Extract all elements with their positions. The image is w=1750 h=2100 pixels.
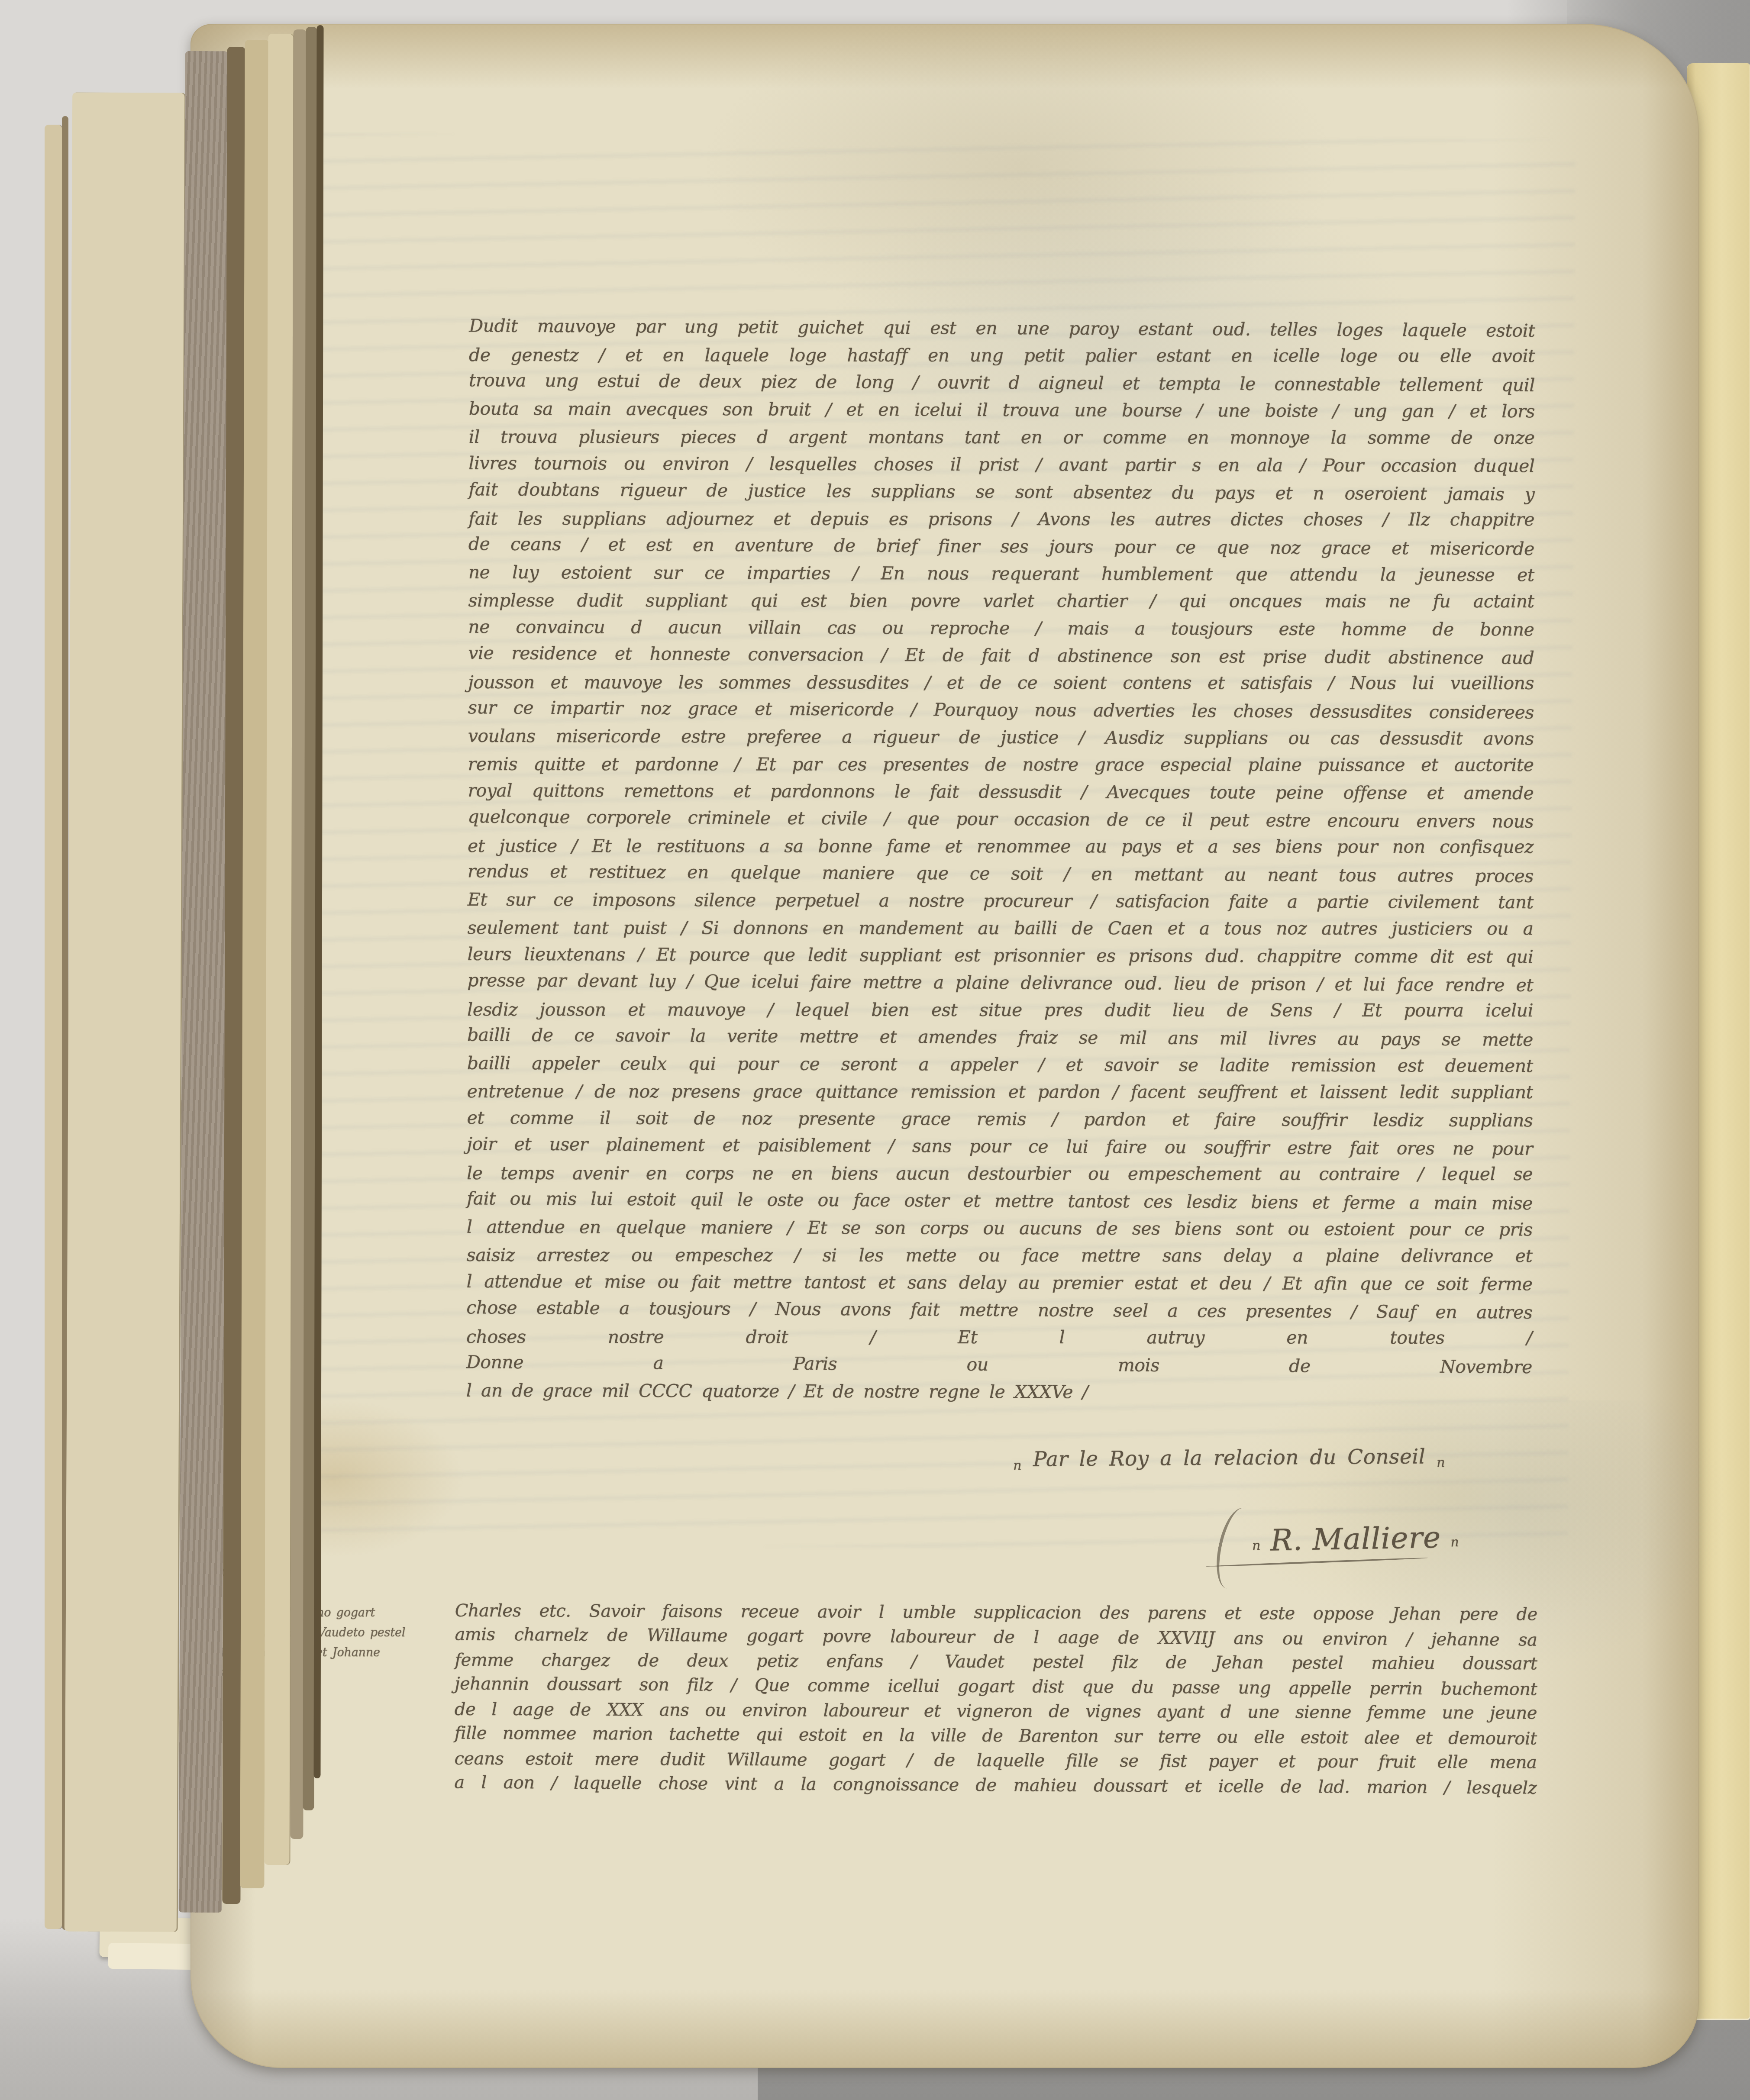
text-line: voulans misericorde estre preferee a rig… bbox=[468, 723, 1534, 752]
text-line: de genestz / et en laquele loge hastaff … bbox=[469, 342, 1535, 370]
text-line: Dudit mauvoye par ung petit guichet qui … bbox=[469, 312, 1535, 345]
text-line: sur ce impartir noz grace et misericorde… bbox=[468, 694, 1534, 726]
leaf-edge bbox=[45, 125, 62, 1929]
text-line: l attendue en quelque maniere / Et se so… bbox=[467, 1213, 1533, 1243]
remission-letter-text: Dudit mauvoye par ung petit guichet qui … bbox=[466, 313, 1535, 1407]
text-line: livres tournois ou environ / lesquelles … bbox=[468, 450, 1534, 480]
text-line: Donne a Paris ou mois de Novembre bbox=[466, 1348, 1532, 1381]
text-line: ne luy estoient sur ce imparties / En no… bbox=[468, 559, 1534, 589]
paraph-mark: n bbox=[1425, 1455, 1445, 1470]
text-line: a l aon / laquelle chose vint a la congn… bbox=[454, 1770, 1537, 1800]
leaf-edge-suede bbox=[178, 51, 228, 1913]
paraph-mark: n bbox=[1013, 1458, 1033, 1473]
text-line: bouta sa main avecques son bruit / et en… bbox=[469, 395, 1535, 425]
by-line-text: Par le Roy a la relacion du Conseil bbox=[1033, 1445, 1426, 1471]
text-line: vie residence et honneste conversacion /… bbox=[468, 639, 1534, 672]
text-line: l an de grace mil CCCC quatorze / Et de … bbox=[466, 1377, 1340, 1406]
text-line: remis quitte et pardonne / Et par ces pr… bbox=[468, 751, 1534, 779]
text-line: joir et user plainement et paisiblement … bbox=[467, 1130, 1533, 1163]
leaf-edge bbox=[265, 34, 294, 1865]
text-line: royal quittons remettons et pardonnons l… bbox=[468, 777, 1534, 807]
text-line: simplesse dudit suppliant qui est bien p… bbox=[468, 587, 1534, 615]
text-line: le temps avenir en corps ne en biens auc… bbox=[467, 1160, 1533, 1188]
page-stack-fore-edges bbox=[0, 0, 346, 2100]
text-line: et comme il soit de noz presente grace r… bbox=[467, 1104, 1533, 1134]
text-line: de ceans / et est en aventure de brief f… bbox=[468, 530, 1534, 563]
text-line: chose estable a tousjours / Nous avons f… bbox=[466, 1294, 1532, 1326]
text-line: l attendue et mise ou fait mettre tantos… bbox=[466, 1268, 1532, 1298]
text-line: entretenue / de noz presens grace quitta… bbox=[467, 1078, 1533, 1106]
paraph-mark: n bbox=[1441, 1534, 1469, 1550]
text-line: seulement tant puist / Si donnons en man… bbox=[468, 914, 1534, 942]
text-line: presse par devant luy / Que icelui faire… bbox=[467, 967, 1533, 999]
chancery-by-line: nPar le Roy a la relacion du Conseiln bbox=[1013, 1442, 1628, 1479]
text-line: fait les supplians adjournez et depuis e… bbox=[468, 505, 1534, 533]
photo-of-manuscript-register: Dudit mauvoye par ung petit guichet qui … bbox=[0, 0, 1750, 2100]
text-line: leurs lieuxtenans / Et pource que ledit … bbox=[467, 941, 1533, 971]
text-line: lesdiz jousson et mauvoye / lequel bien … bbox=[467, 996, 1533, 1024]
text-line: rendus et restituez en quelque maniere q… bbox=[468, 858, 1534, 890]
second-act-text: Charles etc. Savoir faisons receue avoir… bbox=[454, 1599, 1537, 1800]
text-line: trouva ung estui de deux piez de long / … bbox=[469, 367, 1535, 399]
text-line: choses nostre droit / Et l autruy en tou… bbox=[466, 1323, 1532, 1352]
text-line: il trouva plusieurs pieces d argent mont… bbox=[469, 423, 1535, 452]
text-line: fait ou mis lui estoit quil le oste ou f… bbox=[467, 1185, 1533, 1217]
text-line: bailli appeler ceulx qui pour ce seront … bbox=[467, 1050, 1533, 1080]
text-line: ne convaincu d aucun villain cas ou repr… bbox=[468, 613, 1534, 643]
text-line: saisiz arrestez ou empeschez / si les me… bbox=[467, 1242, 1533, 1270]
text-line: Et sur ce imposons silence perpetuel a n… bbox=[468, 886, 1534, 916]
text-line: jousson et mauvoye les sommes dessusdite… bbox=[468, 669, 1534, 697]
clerk-signature: nR. Mallieren bbox=[1242, 1520, 1469, 1563]
text-line: et justice / Et le restituons a sa bonne… bbox=[468, 832, 1534, 861]
text-line: bailli de ce savoir la verite mettre et … bbox=[467, 1021, 1533, 1054]
parchment-page: Dudit mauvoye par ung petit guichet qui … bbox=[190, 24, 1699, 2068]
text-line: fait doubtans rigueur de justice les sup… bbox=[468, 476, 1534, 508]
leaf-edge bbox=[65, 92, 186, 1932]
signature-name: R. Malliere bbox=[1270, 1521, 1441, 1558]
text-line: quelconque corporele criminele et civile… bbox=[468, 803, 1534, 835]
